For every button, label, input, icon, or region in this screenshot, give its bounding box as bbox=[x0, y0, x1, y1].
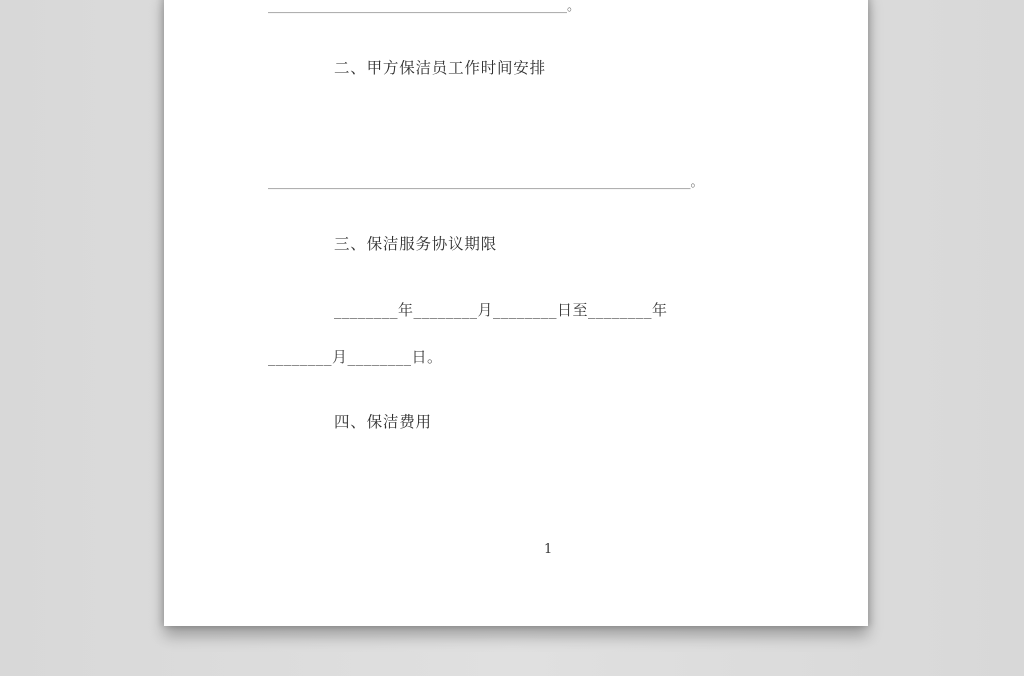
section-4-heading: 四、保洁费用 bbox=[334, 413, 432, 431]
page-number: 1 bbox=[544, 542, 552, 557]
section-2-heading: 二、甲方保洁员工作时间安排 bbox=[334, 59, 546, 77]
document-page: ________________________________________… bbox=[164, 0, 868, 626]
section-3-heading: 三、保洁服务协议期限 bbox=[334, 235, 497, 253]
document-viewer-background: ________________________________________… bbox=[0, 0, 1024, 676]
agreement-date-range-line-2: ________月________日。 bbox=[268, 348, 443, 366]
blank-fill-line-2: ________________________________________… bbox=[268, 174, 704, 192]
blank-fill-line-1: ________________________________________… bbox=[268, 0, 580, 16]
agreement-date-range-line-1: ________年________月________日至________年 bbox=[334, 301, 668, 319]
